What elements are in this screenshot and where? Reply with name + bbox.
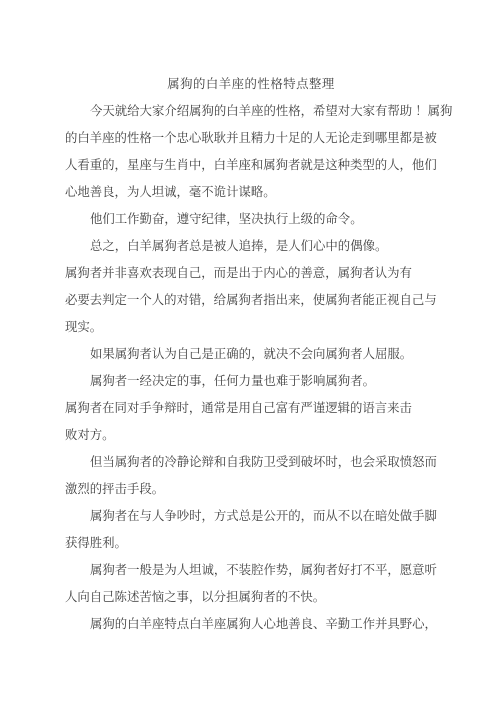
- text-line: 但当属狗者的冷静论辩和自我防卫受到破坏时，也会采取愤怒而: [65, 449, 437, 476]
- text-line: 他们工作勤奋，遵守纪律，坚决执行上级的命令。: [65, 206, 437, 233]
- text-line: 的白羊座的性格一个忠心耿耿并且精力十足的人无论走到哪里都是被: [65, 125, 437, 152]
- text-line: 败对方。: [65, 422, 437, 449]
- text-line: 人向自己陈述苦恼之事，以分担属狗者的不快。: [65, 584, 437, 611]
- text-line: 属狗者一般是为人坦诚，不装腔作势，属狗者好打不平，愿意听: [65, 557, 437, 584]
- text-line: 必要去判定一个人的对错，给属狗者指出来，使属狗者能正视自己与: [65, 287, 437, 314]
- text-line: 属狗者并非喜欢表现自己，而是出于内心的善意，属狗者认为有: [65, 260, 437, 287]
- document-body: 属狗的白羊座的性格特点整理 今天就给大家介绍属狗的白羊座的性格，希望对大家有帮助…: [65, 71, 437, 638]
- text-line: 总之，白羊属狗者总是被人追捧，是人们心中的偶像。: [65, 233, 437, 260]
- text-line: 人看重的，星座与生肖中，白羊座和属狗者就是这种类型的人，他们: [65, 152, 437, 179]
- document-page: 属狗的白羊座的性格特点整理 今天就给大家介绍属狗的白羊座的性格，希望对大家有帮助…: [0, 0, 500, 708]
- text-line: 属狗者一经决定的事，任何力量也难于影响属狗者。: [65, 368, 437, 395]
- text-line: 现实。: [65, 314, 437, 341]
- text-line: 获得胜利。: [65, 530, 437, 557]
- text-line: 属狗者在与人争吵时，方式总是公开的，而从不以在暗处做手脚: [65, 503, 437, 530]
- text-line: 属狗的白羊座特点白羊座属狗人心地善良、辛勤工作并具野心，: [65, 611, 437, 638]
- text-line: 心地善良，为人坦诚，毫不诡计谋略。: [65, 179, 437, 206]
- text-line: 激烈的抨击手段。: [65, 476, 437, 503]
- text-line: 属狗者在同对手争辩时，通常是用自己富有严谨逻辑的语言来击: [65, 395, 437, 422]
- page-title: 属狗的白羊座的性格特点整理: [65, 71, 437, 98]
- text-line: 如果属狗者认为自己是正确的，就决不会向属狗者人屈服。: [65, 341, 437, 368]
- text-lines: 今天就给大家介绍属狗的白羊座的性格，希望对大家有帮助 ！属狗的白羊座的性格一个忠…: [65, 98, 437, 638]
- text-line: 今天就给大家介绍属狗的白羊座的性格，希望对大家有帮助 ！属狗: [65, 98, 437, 125]
